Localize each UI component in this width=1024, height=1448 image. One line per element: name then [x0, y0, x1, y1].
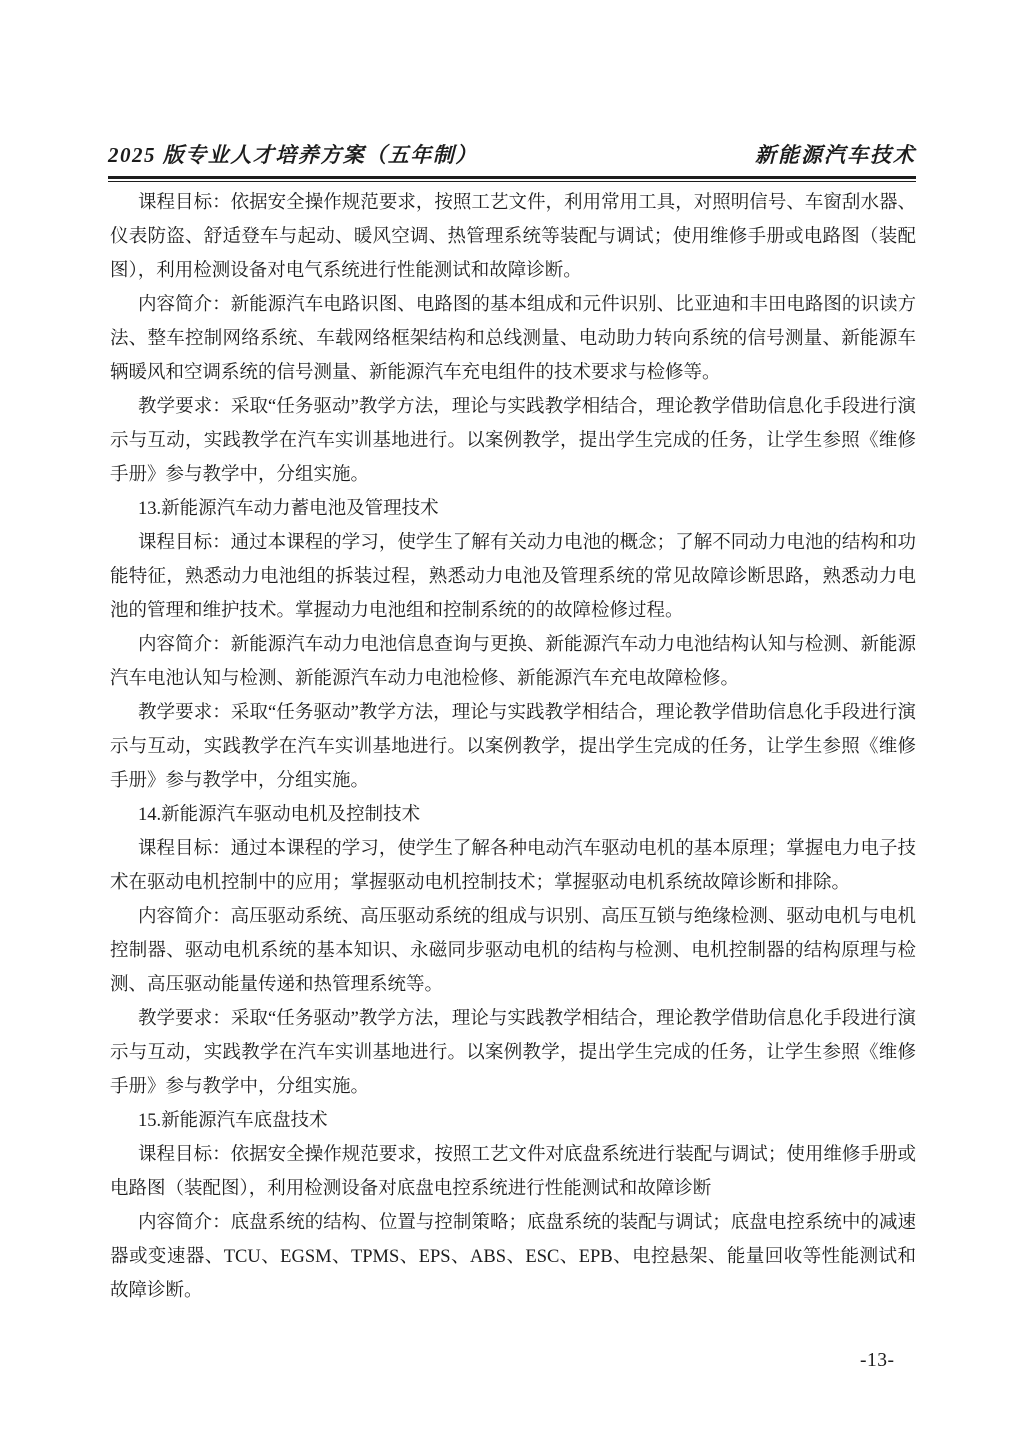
section-title-15: 15.新能源汽车底盘技术: [110, 1104, 916, 1138]
paragraph-course-objectives: 课程目标：依据安全操作规范要求，按照工艺文件，利用常用工具，对照明信号、车窗刮水…: [110, 186, 916, 288]
section-title-13: 13.新能源汽车动力蓄电池及管理技术: [110, 492, 916, 526]
header-row: 2025 版专业人才培养方案（五年制） 新能源汽车技术: [108, 139, 916, 169]
paragraph-teaching-requirements: 教学要求：采取“任务驱动”教学方法，理论与实践教学相结合，理论教学借助信息化手段…: [110, 696, 916, 798]
section-title-14: 14.新能源汽车驱动电机及控制技术: [110, 798, 916, 832]
header-rule-thin: [108, 181, 916, 182]
paragraph-course-objectives: 课程目标：通过本课程的学习，使学生了解各种电动汽车驱动电机的基本原理；掌握电力电…: [110, 832, 916, 900]
paragraph-content-summary: 内容简介：高压驱动系统、高压驱动系统的组成与识别、高压互锁与绝缘检测、驱动电机与…: [110, 900, 916, 1002]
document-body: 课程目标：依据安全操作规范要求，按照工艺文件，利用常用工具，对照明信号、车窗刮水…: [110, 186, 916, 1308]
page-number: -13-: [860, 1350, 895, 1372]
paragraph-content-summary: 内容简介：底盘系统的结构、位置与控制策略；底盘系统的装配与调试；底盘电控系统中的…: [110, 1206, 916, 1308]
paragraph-content-summary: 内容简介：新能源汽车电路识图、电路图的基本组成和元件识别、比亚迪和丰田电路图的识…: [110, 288, 916, 390]
paragraph-content-summary: 内容简介：新能源汽车动力电池信息查询与更换、新能源汽车动力电池结构认知与检测、新…: [110, 628, 916, 696]
paragraph-course-objectives: 课程目标：依据安全操作规范要求，按照工艺文件对底盘系统进行装配与调试；使用维修手…: [110, 1138, 916, 1206]
paragraph-teaching-requirements: 教学要求：采取“任务驱动”教学方法，理论与实践教学相结合，理论教学借助信息化手段…: [110, 1002, 916, 1104]
header-rule-thick: [108, 176, 916, 179]
document-page: 2025 版专业人才培养方案（五年制） 新能源汽车技术 课程目标：依据安全操作规…: [0, 0, 1024, 1448]
header-right-title: 新能源汽车技术: [755, 139, 916, 169]
paragraph-course-objectives: 课程目标：通过本课程的学习，使学生了解有关动力电池的概念；了解不同动力电池的结构…: [110, 526, 916, 628]
header-left-title: 2025 版专业人才培养方案（五年制）: [108, 139, 478, 169]
paragraph-teaching-requirements: 教学要求：采取“任务驱动”教学方法，理论与实践教学相结合，理论教学借助信息化手段…: [110, 390, 916, 492]
page-header: 2025 版专业人才培养方案（五年制） 新能源汽车技术: [108, 139, 916, 182]
